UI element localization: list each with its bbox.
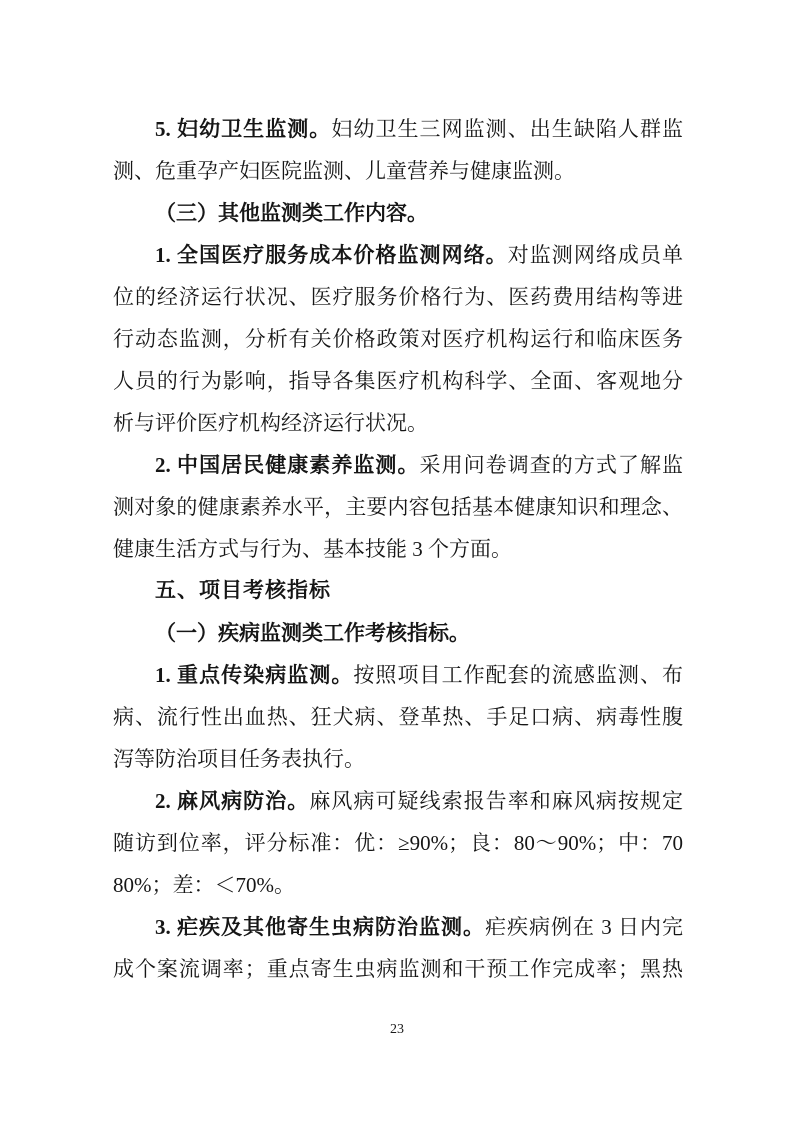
para-leprosy-line-2: 随访到位率，评分标准：优：≥90%；良：80～90%；中：70～ <box>113 822 683 864</box>
bold-run: 5. 妇幼卫生监测。 <box>155 117 331 141</box>
text-run: 妇幼卫生三网监测、出生缺陷人群监 <box>331 117 683 141</box>
para-health-literacy-line-2: 测对象的健康素养水平，主要内容包括基本健康知识和理念、 <box>113 486 683 528</box>
heading-run: 五、项目考核指标 <box>155 579 331 602</box>
para-maternal-child-health-line-1: 5. 妇幼卫生监测。妇幼卫生三网监测、出生缺陷人群监 <box>113 108 683 150</box>
para-maternal-child-health-line-2: 测、危重孕产妇医院监测、儿童营养与健康监测。 <box>113 150 683 192</box>
text-run: 80%；差：＜70%。 <box>113 873 295 897</box>
text-run: 病、流行性出血热、狂犬病、登革热、手足口病、病毒性腹 <box>113 705 683 729</box>
text-run: 采用问卷调查的方式了解监 <box>420 453 683 477</box>
para-cost-price-network-line-3: 行动态监测，分析有关价格政策对医疗机构运行和临床医务 <box>113 318 683 360</box>
subheading-other-monitoring-content: （三）其他监测类工作内容。 <box>113 192 683 234</box>
document-content: 5. 妇幼卫生监测。妇幼卫生三网监测、出生缺陷人群监 测、危重孕产妇医院监测、儿… <box>113 108 683 990</box>
para-cost-price-network-line-4: 人员的行为影响，指导各集医疗机构科学、全面、客观地分 <box>113 360 683 402</box>
subheading-disease-monitoring-indicators: （一）疾病监测类工作考核指标。 <box>113 612 683 654</box>
para-leprosy-line-1: 2. 麻风病防治。麻风病可疑线索报告率和麻风病按规定 <box>113 780 683 822</box>
text-run: 成个案流调率；重点寄生虫病监测和干预工作完成率；黑热 <box>113 957 683 981</box>
text-run: 疟疾病例在 3 日内完 <box>485 915 683 939</box>
bold-run: （一）疾病监测类工作考核指标。 <box>155 621 470 645</box>
para-cost-price-network-line-1: 1. 全国医疗服务成本价格监测网络。对监测网络成员单 <box>113 234 683 276</box>
bold-run: 2. 麻风病防治。 <box>155 789 309 813</box>
text-run: 健康生活方式与行为、基本技能 3 个方面。 <box>113 537 512 561</box>
text-run: 对监测网络成员单 <box>508 243 683 267</box>
para-malaria-line-1: 3. 疟疾及其他寄生虫病防治监测。疟疾病例在 3 日内完 <box>113 906 683 948</box>
para-health-literacy-line-3: 健康生活方式与行为、基本技能 3 个方面。 <box>113 528 683 570</box>
text-run: 人员的行为影响，指导各集医疗机构科学、全面、客观地分 <box>113 369 683 393</box>
heading-project-assessment-indicators: 五、项目考核指标 <box>113 570 683 612</box>
para-cost-price-network-line-5: 析与评价医疗机构经济运行状况。 <box>113 402 683 444</box>
bold-run: 1. 全国医疗服务成本价格监测网络。 <box>155 243 508 267</box>
bold-run: （三）其他监测类工作内容。 <box>155 201 428 225</box>
para-health-literacy-line-1: 2. 中国居民健康素养监测。采用问卷调查的方式了解监 <box>113 444 683 486</box>
para-infectious-disease-line-1: 1. 重点传染病监测。按照项目工作配套的流感监测、布 <box>113 654 683 696</box>
para-malaria-line-2: 成个案流调率；重点寄生虫病监测和干预工作完成率；黑热 <box>113 948 683 990</box>
text-run: 析与评价医疗机构经济运行状况。 <box>113 411 428 435</box>
document-page: 5. 妇幼卫生监测。妇幼卫生三网监测、出生缺陷人群监 测、危重孕产妇医院监测、儿… <box>0 0 794 1122</box>
para-leprosy-line-3: 80%；差：＜70%。 <box>113 864 683 906</box>
bold-run: 3. 疟疾及其他寄生虫病防治监测。 <box>155 915 485 939</box>
para-cost-price-network-line-2: 位的经济运行状况、医疗服务价格行为、医药费用结构等进 <box>113 276 683 318</box>
para-infectious-disease-line-2: 病、流行性出血热、狂犬病、登革热、手足口病、病毒性腹 <box>113 696 683 738</box>
text-run: 行动态监测，分析有关价格政策对医疗机构运行和临床医务 <box>113 327 683 351</box>
bold-run: 1. 重点传染病监测。 <box>155 663 353 687</box>
text-run: 位的经济运行状况、医疗服务价格行为、医药费用结构等进 <box>113 285 683 309</box>
para-infectious-disease-line-3: 泻等防治项目任务表执行。 <box>113 738 683 780</box>
page-number: 23 <box>0 1020 794 1040</box>
text-run: 麻风病可疑线索报告率和麻风病按规定 <box>309 789 683 813</box>
text-run: 测、危重孕产妇医院监测、儿童营养与健康监测。 <box>113 159 575 183</box>
text-run: 按照项目工作配套的流感监测、布 <box>353 663 683 687</box>
text-run: 泻等防治项目任务表执行。 <box>113 747 365 771</box>
bold-run: 2. 中国居民健康素养监测。 <box>155 453 420 477</box>
text-run: 测对象的健康素养水平，主要内容包括基本健康知识和理念、 <box>113 495 683 519</box>
text-run: 随访到位率，评分标准：优：≥90%；良：80～90%；中：70～ <box>113 831 683 864</box>
